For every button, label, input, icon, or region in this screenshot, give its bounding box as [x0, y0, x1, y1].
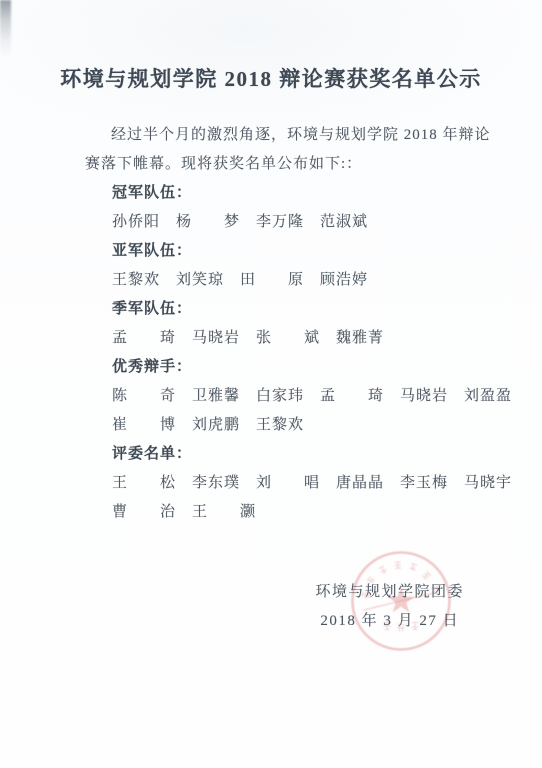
intro-line-2: 赛落下帷幕。现将获奖名单公布如下:： — [85, 150, 485, 179]
section-heading: 亚军队伍： — [85, 237, 485, 266]
name-line: 崔 博 刘虎鹏 王黎欢 — [85, 411, 485, 440]
name-line: 王黎欢 刘笑琼 田 原 顾浩婷 — [85, 266, 485, 295]
document-title: 环境与规划学院 2018 辩论赛获奖名单公示 — [0, 0, 542, 94]
section-champion-team: 冠军队伍： 孙侨阳 杨 梦 李万隆 范淑斌 — [85, 179, 485, 237]
document-body: 经过半个月的激烈角逐，环境与规划学院 2018 年辩论 赛落下帷幕。现将获奖名单… — [85, 121, 485, 527]
intro-line-1: 经过半个月的激烈角逐，环境与规划学院 2018 年辩论 — [85, 121, 485, 150]
name-line: 曹 治 王 灏 — [85, 498, 485, 527]
section-heading: 冠军队伍： — [85, 179, 485, 208]
name-line: 王 松 李东璞 刘 唱 唐晶晶 李玉梅 马晓宇 — [85, 469, 485, 498]
scanned-document-page: 环境与规划学院 2018 辩论赛获奖名单公示 经过半个月的激烈角逐，环境与规划学… — [0, 0, 542, 768]
scan-artifact-smudge — [0, 0, 11, 58]
name-line: 陈 奇 卫雅馨 白家玮 孟 琦 马晓岩 刘盈盈 — [85, 382, 485, 411]
signature-block: 环境与规划学院团委 2018 年 3 月 27 日 — [315, 578, 464, 636]
section-third-team: 季军队伍： 孟 琦 马晓岩 张 斌 魏雅菁 — [85, 295, 485, 353]
name-line: 孙侨阳 杨 梦 李万隆 范淑斌 — [85, 208, 485, 237]
section-runnerup-team: 亚军队伍： 王黎欢 刘笑琼 田 原 顾浩婷 — [85, 237, 485, 295]
name-line: 孟 琦 马晓岩 张 斌 魏雅菁 — [85, 324, 485, 353]
signature-date: 2018 年 3 月 27 日 — [315, 607, 464, 636]
section-heading: 季军队伍： — [85, 295, 485, 324]
signature-org: 环境与规划学院团委 — [315, 578, 464, 607]
section-judges: 评委名单： 王 松 李东璞 刘 唱 唐晶晶 李玉梅 马晓宇 曹 治 王 灏 — [85, 440, 485, 527]
section-best-debaters: 优秀辩手： 陈 奇 卫雅馨 白家玮 孟 琦 马晓岩 刘盈盈 崔 博 刘虎鹏 王黎… — [85, 353, 485, 440]
section-heading: 评委名单： — [85, 440, 485, 469]
section-heading: 优秀辩手： — [85, 353, 485, 382]
